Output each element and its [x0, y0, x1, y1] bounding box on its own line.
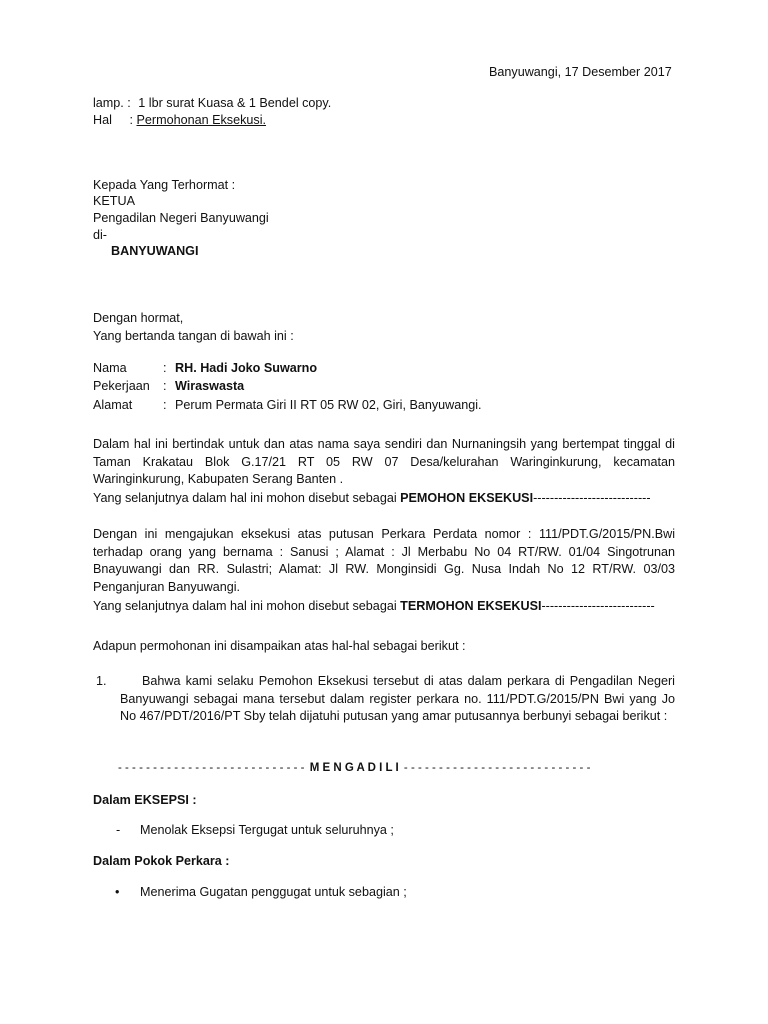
paragraph-termohon: Dengan ini mengajukan eksekusi atas putu… — [93, 526, 675, 596]
lamp-value: 1 lbr surat Kuasa & 1 Bendel copy. — [138, 96, 331, 110]
recipient-city: BANYUWANGI — [111, 243, 198, 260]
identity-value: Wiraswasta — [175, 378, 244, 395]
intro-line: Yang bertanda tangan di bawah ini : — [93, 328, 294, 345]
identity-row-pekerjaan: Pekerjaan : Wiraswasta — [93, 378, 244, 395]
eksepsi-item: Menolak Eksepsi Tergugat untuk seluruhny… — [140, 822, 394, 839]
lamp-label: lamp. : — [93, 96, 131, 110]
divider-dashes-left: - - - - - - - - - - - - - - - - - - - - … — [118, 762, 304, 774]
divider-dashes-right: - - - - - - - - - - - - - - - - - - - - … — [404, 762, 590, 774]
identity-label: Alamat — [93, 397, 163, 414]
designation-dashes: ---------------------------- — [533, 491, 650, 505]
pokok-perkara-item: Menerima Gugatan penggugat untuk sebagia… — [140, 884, 407, 901]
identity-label: Nama — [93, 360, 163, 377]
pokok-perkara-heading: Dalam Pokok Perkara : — [93, 853, 230, 870]
designation-dashes: --------------------------- — [541, 599, 654, 613]
termohon-designation: Yang selanjutnya dalam hal ini mohon dis… — [93, 598, 655, 615]
designation-term: TERMOHON EKSEKUSI — [400, 599, 541, 613]
designation-prefix: Yang selanjutnya dalam hal ini mohon dis… — [93, 491, 400, 505]
hal-colon: : — [130, 113, 134, 127]
mengadili-title: M E N G A D I L I — [310, 762, 399, 774]
dot-bullet-icon: • — [115, 884, 119, 901]
hal-value: Permohonan Eksekusi. — [137, 113, 267, 127]
salutation: Dengan hormat, — [93, 310, 183, 327]
dash-bullet-icon: - — [116, 822, 120, 839]
recipient-title: KETUA — [93, 193, 135, 210]
point-1-text: Bahwa kami selaku Pemohon Eksekusi terse… — [120, 673, 675, 726]
designation-prefix: Yang selanjutnya dalam hal ini mohon dis… — [93, 599, 400, 613]
place-date: Banyuwangi, 17 Desember 2017 — [489, 64, 672, 81]
letter-page: Banyuwangi, 17 Desember 2017 lamp. : 1 l… — [0, 0, 768, 1024]
identity-colon: : — [163, 378, 175, 395]
paragraph-pemohon: Dalam hal ini bertindak untuk dan atas n… — [93, 436, 675, 489]
eksepsi-heading: Dalam EKSEPSI : — [93, 792, 197, 809]
identity-value: Perum Permata Giri II RT 05 RW 02, Giri,… — [175, 397, 482, 414]
recipient-greeting: Kepada Yang Terhormat : — [93, 177, 235, 194]
identity-colon: : — [163, 360, 175, 377]
designation-term: PEMOHON EKSEKUSI — [400, 491, 533, 505]
identity-colon: : — [163, 397, 175, 414]
recipient-institution: Pengadilan Negeri Banyuwangi — [93, 210, 269, 227]
identity-row-alamat: Alamat : Perum Permata Giri II RT 05 RW … — [93, 397, 482, 414]
lamp-line: lamp. : 1 lbr surat Kuasa & 1 Bendel cop… — [93, 95, 331, 112]
points-intro: Adapun permohonan ini disampaikan atas h… — [93, 638, 465, 655]
hal-line: Hal : Permohonan Eksekusi. — [93, 112, 266, 129]
identity-label: Pekerjaan — [93, 378, 163, 395]
recipient-di: di- — [93, 227, 107, 244]
identity-row-nama: Nama : RH. Hadi Joko Suwarno — [93, 360, 317, 377]
point-number: 1. — [96, 673, 107, 690]
pemohon-designation: Yang selanjutnya dalam hal ini mohon dis… — [93, 490, 651, 507]
mengadili-divider: - - - - - - - - - - - - - - - - - - - - … — [118, 760, 590, 777]
hal-label: Hal — [93, 112, 126, 129]
identity-value: RH. Hadi Joko Suwarno — [175, 360, 317, 377]
